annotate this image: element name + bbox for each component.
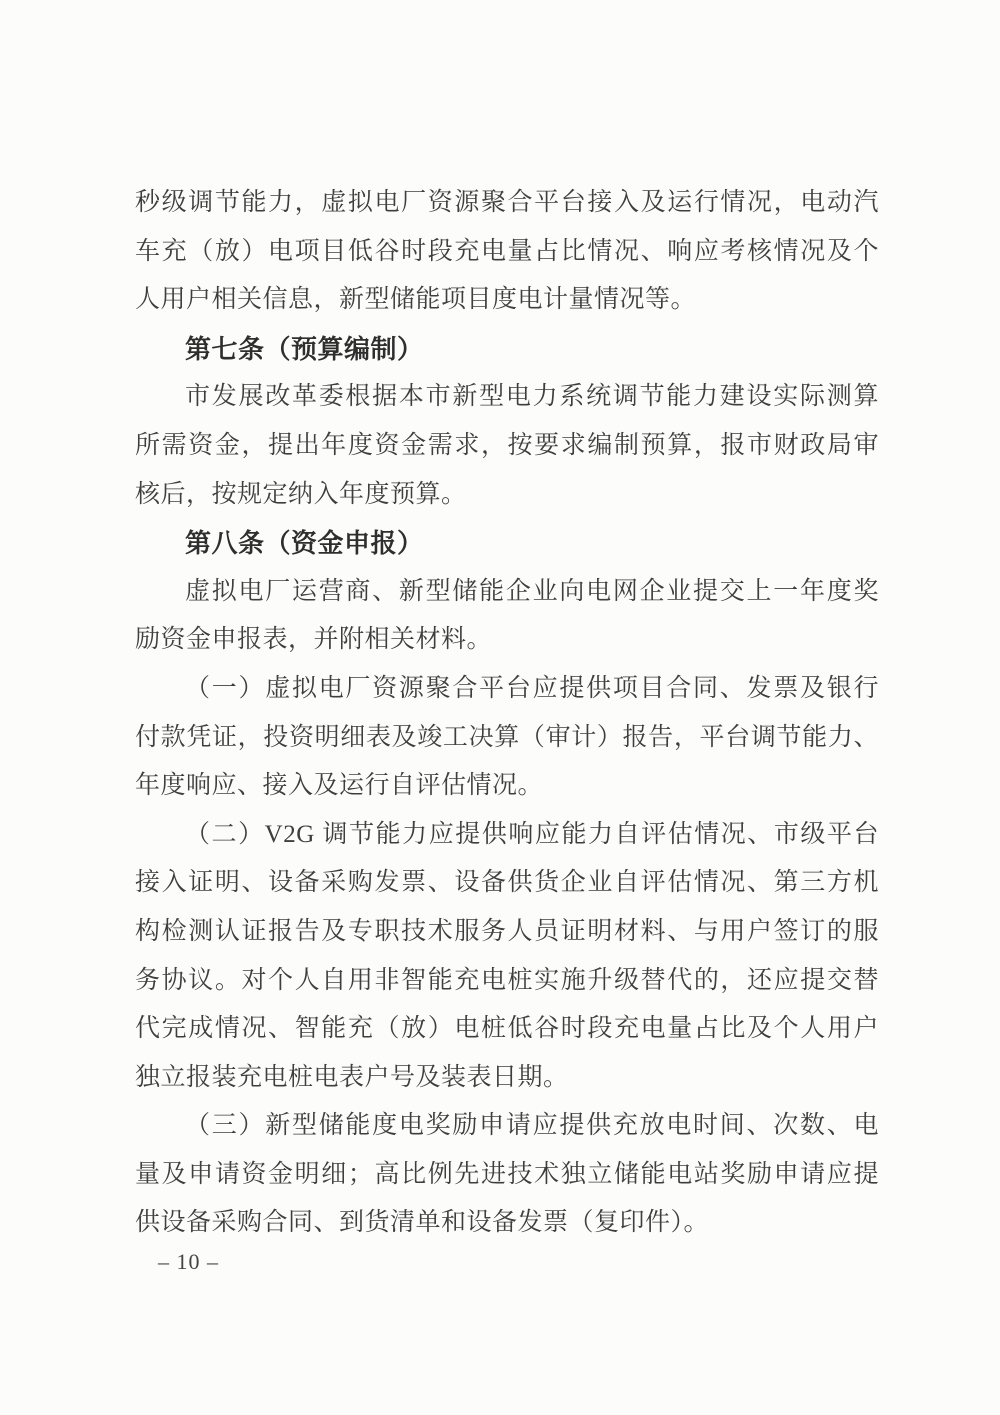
text-line: 接入证明、设备采购发票、设备供货企业自评估情况、第三方机	[135, 859, 879, 908]
text-line: 年度响应、接入及运行自评估情况。	[135, 762, 879, 811]
text-line: 务协议。对个人自用非智能充电桩实施升级替代的，还应提交替	[135, 957, 879, 1006]
text-line: 人用户相关信息，新型储能项目度电计量情况等。	[135, 276, 879, 325]
text-line: 车充（放）电项目低谷时段充电量占比情况、响应考核情况及个	[135, 228, 879, 277]
text-line: （二）V2G 调节能力应提供响应能力自评估情况、市级平台	[135, 811, 879, 860]
section-heading: 第七条（预算编制）	[135, 325, 879, 374]
text-line: 付款凭证，投资明细表及竣工决算（审计）报告，平台调节能力、	[135, 714, 879, 763]
text-line: 励资金申报表，并附相关材料。	[135, 616, 879, 665]
text-line: 市发展改革委根据本市新型电力系统调节能力建设实际测算	[135, 373, 879, 422]
text-line: 代完成情况、智能充（放）电桩低谷时段充电量占比及个人用户	[135, 1005, 879, 1054]
section-heading: 第八条（资金申报）	[135, 519, 879, 568]
page-number: – 10 –	[158, 1247, 219, 1277]
text-line: 虚拟电厂运营商、新型储能企业向电网企业提交上一年度奖	[135, 568, 879, 617]
text-line: 供设备采购合同、到货清单和设备发票（复印件）。	[135, 1199, 879, 1248]
text-line: （一）虚拟电厂资源聚合平台应提供项目合同、发票及银行	[135, 665, 879, 714]
text-line: 量及申请资金明细；高比例先进技术独立储能电站奖励申请应提	[135, 1151, 879, 1200]
text-line: 所需资金，提出年度资金需求，按要求编制预算，报市财政局审	[135, 422, 879, 471]
document-page: 秒级调节能力，虚拟电厂资源聚合平台接入及运行情况，电动汽车充（放）电项目低谷时段…	[0, 0, 1000, 1415]
text-line: 核后，按规定纳入年度预算。	[135, 471, 879, 520]
text-line: 秒级调节能力，虚拟电厂资源聚合平台接入及运行情况，电动汽	[135, 179, 879, 228]
text-line: 独立报装充电桩电表户号及装表日期。	[135, 1054, 879, 1103]
page-number-label: – 10 –	[158, 1249, 219, 1274]
text-line: （三）新型储能度电奖励申请应提供充放电时间、次数、电	[135, 1102, 879, 1151]
text-line: 构检测认证报告及专职技术服务人员证明材料、与用户签订的服	[135, 908, 879, 957]
document-body: 秒级调节能力，虚拟电厂资源聚合平台接入及运行情况，电动汽车充（放）电项目低谷时段…	[135, 179, 879, 1248]
